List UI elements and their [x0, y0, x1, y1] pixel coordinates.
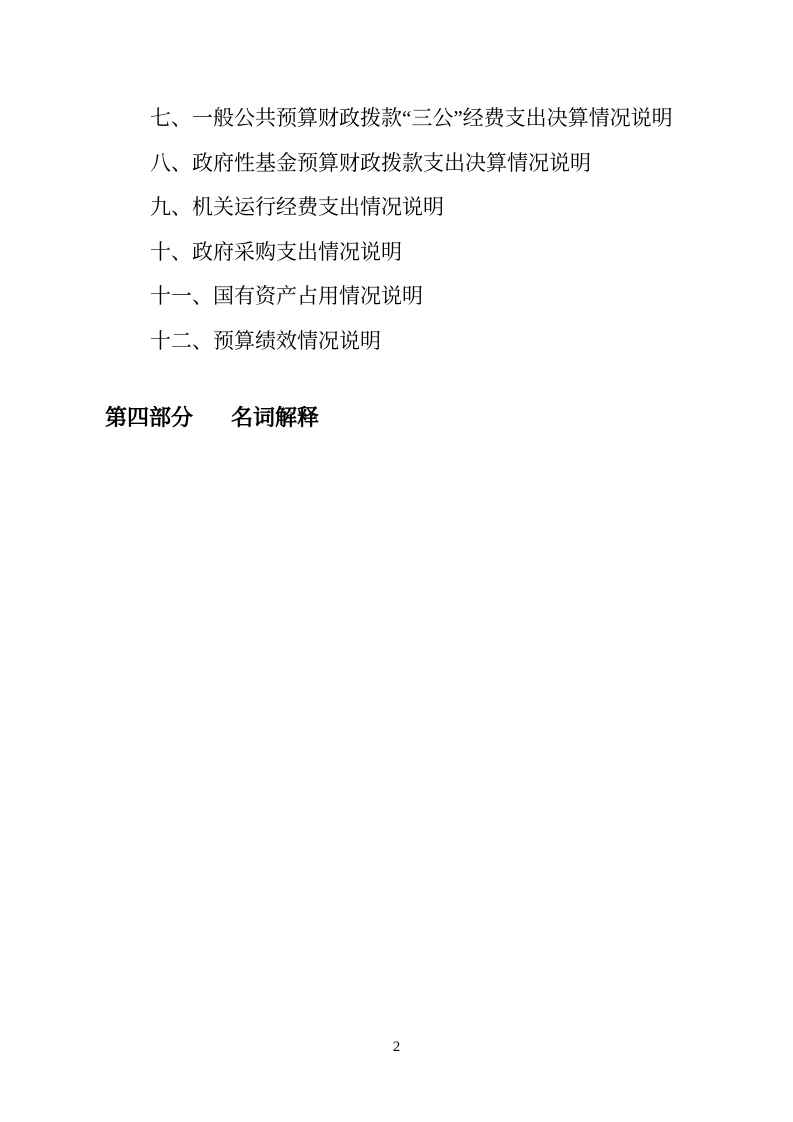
toc-item: 十二、预算绩效情况说明 [150, 319, 710, 364]
toc-item: 七、一般公共预算财政拨款“三公”经费支出决算情况说明 [150, 96, 710, 141]
section-heading: 第四部分名词解释 [105, 403, 319, 433]
toc-item: 十一、国有资产占用情况说明 [150, 274, 710, 319]
toc-item: 八、政府性基金预算财政拨款支出决算情况说明 [150, 141, 710, 186]
toc-list: 七、一般公共预算财政拨款“三公”经费支出决算情况说明 八、政府性基金预算财政拨款… [150, 96, 710, 363]
toc-item: 九、机关运行经费支出情况说明 [150, 185, 710, 230]
page-number: 2 [0, 1038, 793, 1056]
section-part-label: 第四部分 [105, 405, 193, 430]
document-page: 七、一般公共预算财政拨款“三公”经费支出决算情况说明 八、政府性基金预算财政拨款… [0, 0, 793, 1122]
toc-item: 十、政府采购支出情况说明 [150, 230, 710, 275]
section-title: 名词解释 [231, 405, 319, 430]
